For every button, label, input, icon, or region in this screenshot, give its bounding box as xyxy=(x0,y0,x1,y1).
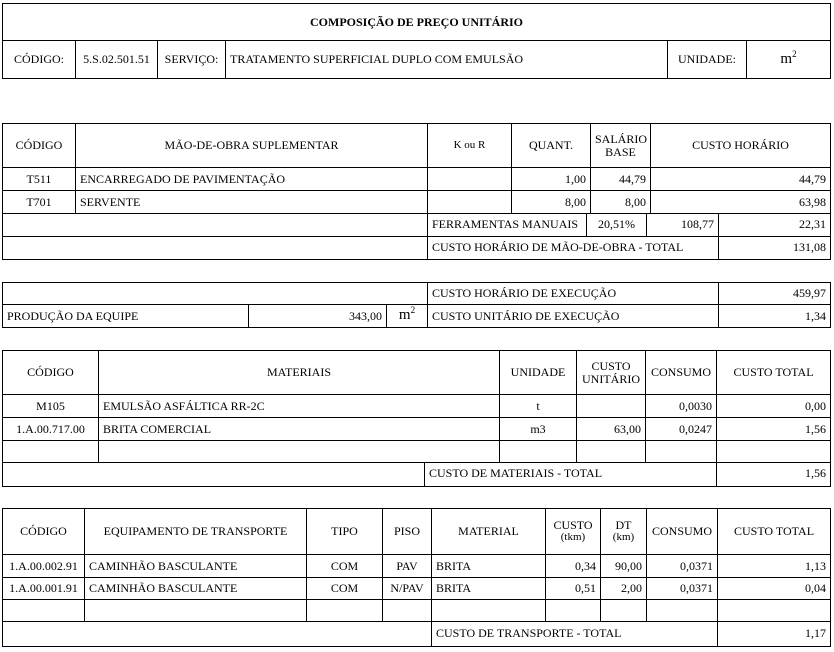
blank-cell xyxy=(601,600,647,622)
material-consumo: 0,0030 xyxy=(646,395,717,418)
transport-header-material: MATERIAL xyxy=(432,509,546,555)
transport-custo: 0,34 xyxy=(546,555,601,578)
custo-horario-execucao-label: CUSTO HORÁRIO DE EXECUÇÃO xyxy=(428,283,719,305)
blank-cell xyxy=(307,600,383,622)
ferramentas-base: 108,77 xyxy=(647,213,719,236)
labor-header-k-ou-r: K ou R xyxy=(428,124,512,168)
transport-header-dt: DT(km) xyxy=(601,509,647,555)
blank-cell xyxy=(3,462,425,486)
blank-cell xyxy=(85,600,307,622)
blank-cell xyxy=(718,600,831,622)
labor-summary-table: FERRAMENTAS MANUAIS 20,51% 108,77 22,31 … xyxy=(2,213,831,260)
materials-header-consumo: CONSUMO xyxy=(646,351,717,395)
material-custo-unitario: 63,00 xyxy=(577,418,646,441)
materials-header-unidade: UNIDADE xyxy=(500,351,577,395)
producao-value: 343,00 xyxy=(249,305,387,328)
blank-cell xyxy=(432,600,546,622)
blank-cell xyxy=(383,600,432,622)
transport-piso: N/PAV xyxy=(383,578,432,600)
ferramentas-percent: 20,51% xyxy=(587,213,647,236)
producao-unit-exp: 2 xyxy=(411,305,416,315)
producao-unit: m2 xyxy=(387,305,428,328)
custo-unitario-execucao-label: CUSTO UNITÁRIO DE EXECUÇÃO xyxy=(428,305,719,328)
labor-k-ou-r xyxy=(428,191,512,214)
material-custo-total: 1,56 xyxy=(717,418,831,441)
labor-quant: 1,00 xyxy=(512,168,591,191)
labor-header-quant: QUANT. xyxy=(512,124,591,168)
labor-custo: 44,79 xyxy=(651,168,831,191)
servico-value: TRATAMENTO SUPERFICIAL DUPLO COM EMULSÃO xyxy=(226,41,668,79)
salario-line-2: BASE xyxy=(595,146,646,159)
ferramentas-custo: 22,31 xyxy=(719,213,831,236)
table-row: 1.A.00.717.00 BRITA COMERCIAL m3 63,00 0… xyxy=(3,418,831,441)
material-consumo: 0,0247 xyxy=(646,418,717,441)
materials-header-descricao: MATERIAIS xyxy=(99,351,500,395)
materials-total-label: CUSTO DE MATERIAIS - TOTAL xyxy=(425,462,717,486)
table-row: T511 ENCARREGADO DE PAVIMENTAÇÃO 1,00 44… xyxy=(3,168,831,191)
custo-unitario-line-2: UNITÁRIO xyxy=(581,373,641,386)
unidade-value: m2 xyxy=(747,41,831,79)
labor-header-codigo: CÓDIGO xyxy=(3,124,76,168)
transport-codigo: 1.A.00.002.91 xyxy=(3,555,85,578)
table-row: M105 EMULSÃO ASFÁLTICA RR-2C t 0,0030 0,… xyxy=(3,395,831,418)
blank-cell xyxy=(99,441,500,463)
transport-header-custo: CUSTO(tkm) xyxy=(546,509,601,555)
material-descricao: EMULSÃO ASFÁLTICA RR-2C xyxy=(99,395,500,418)
material-custo-total: 0,00 xyxy=(717,395,831,418)
labor-descricao: ENCARREGADO DE PAVIMENTAÇÃO xyxy=(76,168,428,191)
blank-cell xyxy=(500,441,577,463)
materials-header-custo-total: CUSTO TOTAL xyxy=(717,351,831,395)
blank-cell xyxy=(646,441,717,463)
transport-header-equipamento: EQUIPAMENTO DE TRANSPORTE xyxy=(85,509,307,555)
unidade-base: m xyxy=(780,51,792,67)
blank-cell xyxy=(577,441,646,463)
transport-consumo: 0,0371 xyxy=(647,555,718,578)
material-codigo: 1.A.00.717.00 xyxy=(3,418,99,441)
labor-descricao: SERVENTE xyxy=(76,191,428,214)
dt-line-2: (km) xyxy=(605,532,642,544)
material-codigo: M105 xyxy=(3,395,99,418)
materials-header-codigo: CÓDIGO xyxy=(3,351,99,395)
labor-table: CÓDIGO MÃO-DE-OBRA SUPLEMENTAR K ou R QU… xyxy=(2,123,831,214)
transport-consumo: 0,0371 xyxy=(647,578,718,600)
transport-header-consumo: CONSUMO xyxy=(647,509,718,555)
labor-codigo: T701 xyxy=(3,191,76,214)
transport-custo-total: 0,04 xyxy=(718,578,831,600)
transport-custo-total: 1,13 xyxy=(718,555,831,578)
table-row-empty xyxy=(3,441,831,463)
transport-piso: PAV xyxy=(383,555,432,578)
transport-dt: 90,00 xyxy=(601,555,647,578)
custo-unitario-line-1: CUSTO xyxy=(581,360,641,373)
blank-cell xyxy=(717,441,831,463)
codigo-value: 5.S.02.501.51 xyxy=(76,41,158,79)
labor-total-value: 131,08 xyxy=(719,236,831,259)
transport-total-table: CUSTO DE TRANSPORTE - TOTAL 1,17 xyxy=(2,622,831,647)
materials-header-custo-unitario: CUSTOUNITÁRIO xyxy=(577,351,646,395)
labor-salario: 8,00 xyxy=(591,191,651,214)
servico-label: SERVIÇO: xyxy=(158,41,226,79)
table-row: T701 SERVENTE 8,00 8,00 63,98 xyxy=(3,191,831,214)
salario-line-1: SALÁRIO xyxy=(595,133,646,146)
table-row: 1.A.00.001.91 CAMINHÃO BASCULANTE COM N/… xyxy=(3,578,831,600)
custo-horario-execucao-value: 459,97 xyxy=(719,283,831,305)
material-custo-unitario xyxy=(577,395,646,418)
material-descricao: BRITA COMERCIAL xyxy=(99,418,500,441)
labor-quant: 8,00 xyxy=(512,191,591,214)
labor-codigo: T511 xyxy=(3,168,76,191)
transport-material: BRITA xyxy=(432,555,546,578)
labor-k-ou-r xyxy=(428,168,512,191)
transport-material: BRITA xyxy=(432,578,546,600)
labor-header-custo-horario: CUSTO HORÁRIO xyxy=(651,124,831,168)
labor-salario: 44,79 xyxy=(591,168,651,191)
execucao-table: CUSTO HORÁRIO DE EXECUÇÃO 459,97 PRODUÇÃ… xyxy=(2,282,831,328)
transport-header-custo-total: CUSTO TOTAL xyxy=(718,509,831,555)
transport-header-codigo: CÓDIGO xyxy=(3,509,85,555)
custo-line-2: (tkm) xyxy=(550,532,596,544)
blank-cell xyxy=(3,600,85,622)
transport-equipamento: CAMINHÃO BASCULANTE xyxy=(85,555,307,578)
transport-total-label: CUSTO DE TRANSPORTE - TOTAL xyxy=(432,622,718,646)
table-row: 1.A.00.002.91 CAMINHÃO BASCULANTE COM PA… xyxy=(3,555,831,578)
unidade-label: UNIDADE: xyxy=(668,41,747,79)
labor-header-salario-base: SALÁRIOBASE xyxy=(591,124,651,168)
transport-custo: 0,51 xyxy=(546,578,601,600)
page-title: COMPOSIÇÃO DE PREÇO UNITÁRIO xyxy=(3,4,831,41)
blank-cell xyxy=(546,600,601,622)
material-unidade: m3 xyxy=(500,418,577,441)
blank-cell xyxy=(3,622,432,646)
blank-cell xyxy=(3,441,99,463)
transport-table: CÓDIGO EQUIPAMENTO DE TRANSPORTE TIPO PI… xyxy=(2,508,831,622)
transport-dt: 2,00 xyxy=(601,578,647,600)
table-row-empty xyxy=(3,600,831,622)
transport-total-value: 1,17 xyxy=(718,622,831,646)
transport-equipamento: CAMINHÃO BASCULANTE xyxy=(85,578,307,600)
labor-total-label: CUSTO HORÁRIO DE MÃO-DE-OBRA - TOTAL xyxy=(428,236,719,259)
blank-cell xyxy=(3,213,428,236)
unidade-exp: 2 xyxy=(792,49,797,59)
transport-header-tipo: TIPO xyxy=(307,509,383,555)
producao-unit-base: m xyxy=(399,307,411,323)
materials-total-value: 1,56 xyxy=(717,462,831,486)
labor-custo: 63,98 xyxy=(651,191,831,214)
transport-tipo: COM xyxy=(307,555,383,578)
blank-cell xyxy=(3,236,428,259)
transport-header-piso: PISO xyxy=(383,509,432,555)
labor-header-descricao: MÃO-DE-OBRA SUPLEMENTAR xyxy=(76,124,428,168)
materials-total-table: CUSTO DE MATERIAIS - TOTAL 1,56 xyxy=(2,462,831,487)
custo-unitario-execucao-value: 1,34 xyxy=(719,305,831,328)
transport-codigo: 1.A.00.001.91 xyxy=(3,578,85,600)
header-table: COMPOSIÇÃO DE PREÇO UNITÁRIO CÓDIGO: 5.S… xyxy=(2,3,831,79)
ferramentas-label: FERRAMENTAS MANUAIS xyxy=(428,213,587,236)
blank-cell xyxy=(3,283,428,305)
transport-tipo: COM xyxy=(307,578,383,600)
material-unidade: t xyxy=(500,395,577,418)
blank-cell xyxy=(647,600,718,622)
producao-label: PRODUÇÃO DA EQUIPE xyxy=(3,305,249,328)
codigo-label: CÓDIGO: xyxy=(3,41,76,79)
materials-table: CÓDIGO MATERIAIS UNIDADE CUSTOUNITÁRIO C… xyxy=(2,350,831,463)
